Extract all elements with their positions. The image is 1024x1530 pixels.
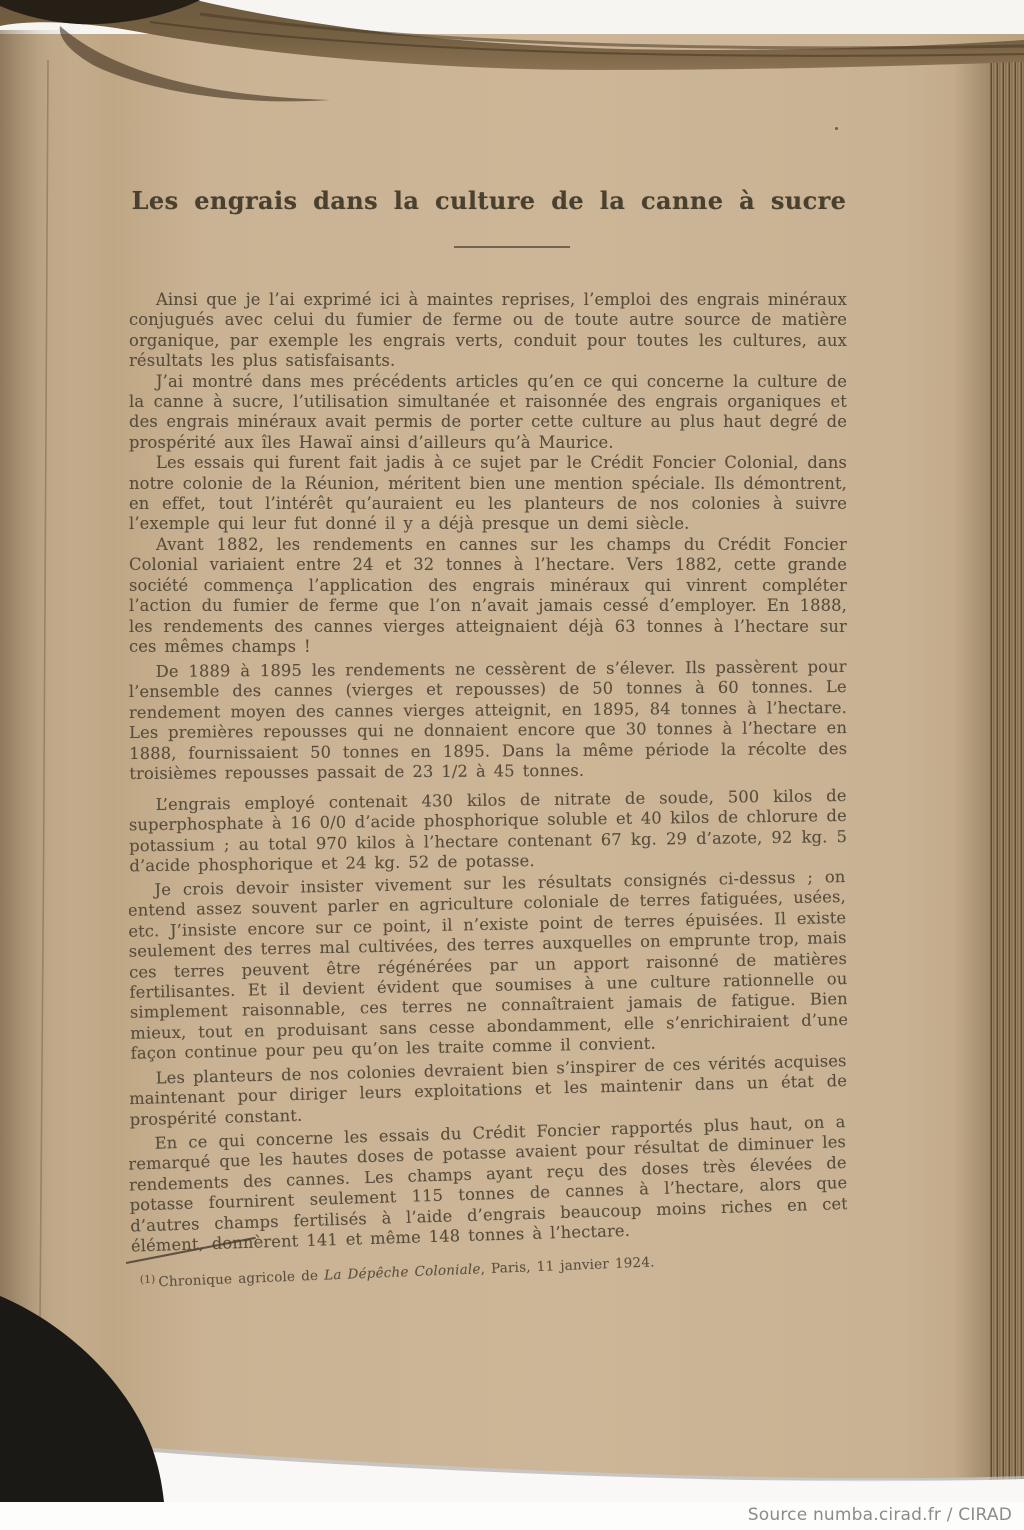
paragraph: Ainsi que je l’ai exprimé ici à maintes … <box>129 290 847 372</box>
printed-page-content: Les engrais dans la culture de la canne … <box>0 0 1024 1530</box>
source-attribution: Source numba.cirad.fr / CIRAD <box>748 1505 1012 1525</box>
paragraph: L’engrais employé contenait 430 kilos de… <box>129 786 847 877</box>
paragraph: Je crois devoir insister vivement sur le… <box>129 867 847 1064</box>
paragraph: En ce qui concerne les essais du Crédit … <box>129 1112 847 1257</box>
viewer-footer-bar: Source numba.cirad.fr / CIRAD <box>0 1502 1024 1530</box>
page-title: Les engrais dans la culture de la canne … <box>130 186 848 215</box>
article-body: Ainsi que je l’ai exprimé ici à maintes … <box>129 290 847 1280</box>
paragraph: De 1889 à 1895 les rendements ne cessère… <box>129 657 847 784</box>
paragraph: J’ai montré dans mes précédents articles… <box>129 372 847 454</box>
paragraph: Avant 1882, les rendements en cannes sur… <box>129 535 847 657</box>
footnote-marker: (1) <box>140 1273 156 1286</box>
title-divider-rule <box>454 246 570 248</box>
ink-speck <box>835 127 838 130</box>
footnote-journal-title: La Dépêche Coloniale <box>324 1261 481 1283</box>
paragraph: Les essais qui furent fait jadis à ce su… <box>129 453 847 535</box>
